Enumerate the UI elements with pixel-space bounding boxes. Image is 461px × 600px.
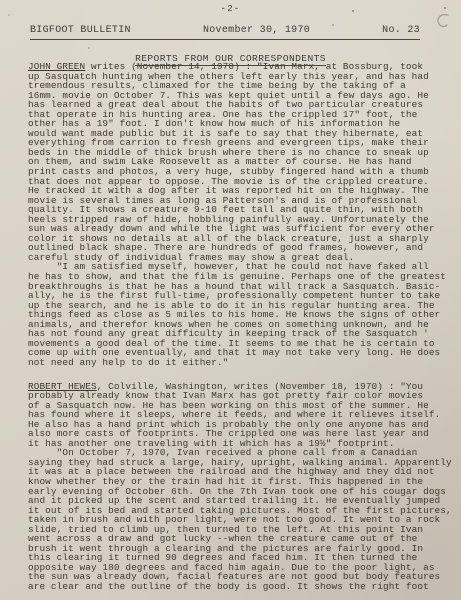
issue-number: No. 23: [382, 25, 420, 36]
scan-speck: [352, 10, 354, 12]
scan-speck: [444, 7, 446, 9]
article-body: JOHN GREEN writes (November 14, 1970) : …: [28, 62, 458, 592]
pencil-mark: [433, 11, 455, 37]
scanned-page: -2- BIGFOOT BULLETIN November 30, 1970 N…: [0, 0, 461, 600]
report-text: writes (November 14, 1970) : "Ivan Marx,…: [28, 61, 446, 368]
correspondent-report-robert-hewes: ROBERT HEWES, Colville, Washington, writ…: [28, 382, 458, 592]
correspondent-report-john-green: JOHN GREEN writes (November 14, 1970) : …: [28, 62, 458, 368]
page-number: -2-: [0, 3, 461, 14]
scan-speck: [8, 14, 10, 16]
issue-date: November 30, 1970: [203, 25, 310, 36]
report-text: , Colville, Washington, writes (November…: [28, 381, 452, 592]
bulletin-title: BIGFOOT BULLETIN: [30, 25, 131, 36]
masthead: BIGFOOT BULLETIN November 30, 1970 No. 2…: [30, 25, 420, 40]
